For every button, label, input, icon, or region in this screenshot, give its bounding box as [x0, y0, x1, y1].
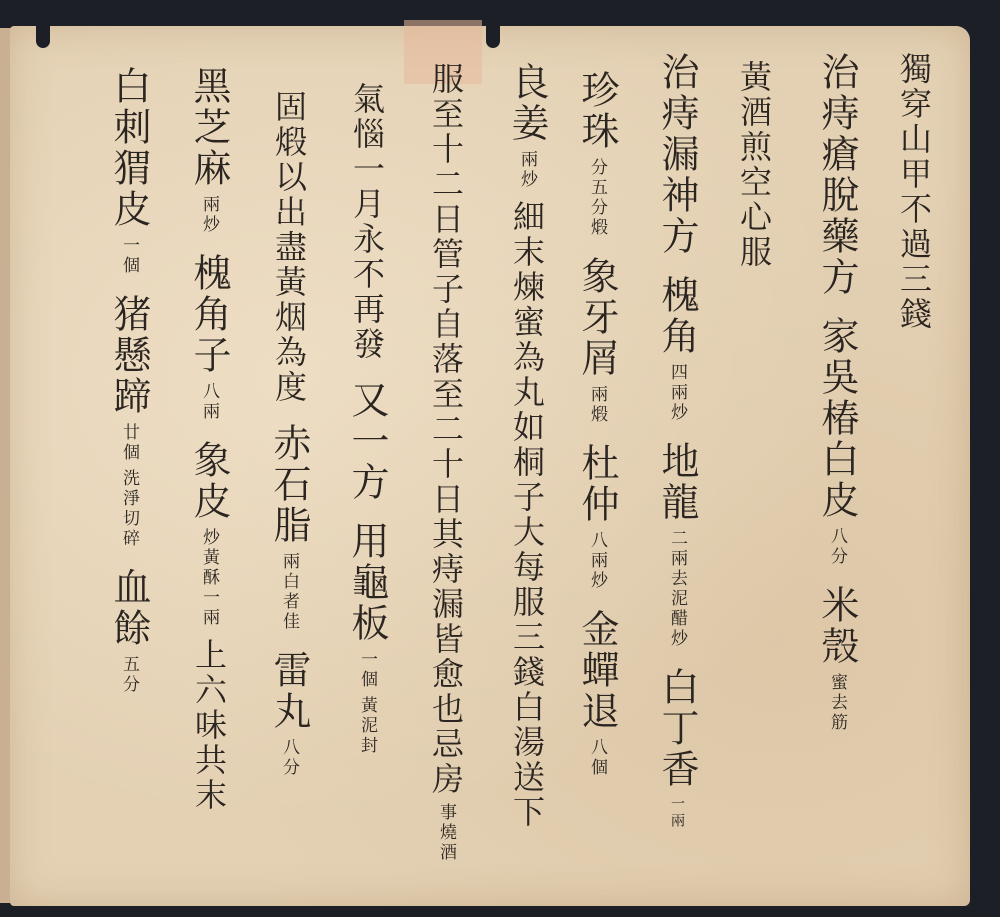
main-text: 白刺猬皮: [110, 66, 148, 230]
main-text: 治痔漏神方: [658, 52, 696, 257]
main-text: 地龍: [658, 441, 696, 523]
manuscript-column: 服至十二日管子自落至二十日其痔漏皆愈也忌房事燒酒: [430, 62, 462, 863]
main-text: 氣惱一月永不再發: [351, 82, 383, 362]
main-text: 良姜: [508, 62, 546, 144]
main-text: 白丁香: [658, 667, 696, 790]
main-text: 米殼: [818, 585, 856, 667]
manuscript-column: 黑芝麻兩炒槐角子八兩象皮炒黃酥一兩上六味共末: [190, 66, 228, 813]
binding-notch: [486, 26, 500, 48]
main-text: 黑芝麻: [190, 66, 228, 189]
manuscript-column: 珍珠分五分煅象牙屑兩煅杜仲八兩炒金蟬退八個: [578, 70, 616, 778]
manuscript-column: 固煅以出盡黃烟為度赤石脂兩白者佳雷丸八分: [270, 90, 308, 778]
annotation-text: 一個: [358, 650, 375, 690]
manuscript-column: 治痔瘡脫藥方家吳椿白皮八分米殼蜜去筋: [818, 52, 856, 733]
main-text: 獨穿山甲不過三錢: [898, 52, 930, 332]
annotation-text: 兩白者佳: [280, 552, 297, 632]
main-text: 固煅以出盡黃烟為度: [273, 90, 305, 405]
manuscript-column: 獨穿山甲不過三錢: [898, 52, 930, 332]
manuscript-column: 治痔漏神方槐角四兩炒地龍二兩去泥醋炒白丁香一兩: [658, 52, 696, 830]
annotation-text: 炒黃酥一兩: [200, 528, 217, 628]
annotation-text: 廿個: [120, 423, 137, 463]
main-text: 猪懸蹄: [110, 294, 148, 417]
main-text: 黃酒煎空心服: [738, 60, 770, 270]
main-text: 杜仲: [578, 443, 616, 525]
binding-notch: [36, 26, 50, 48]
main-text: 又一方: [348, 380, 386, 503]
main-text: 槐角: [658, 275, 696, 357]
annotation-text: 八兩炒: [588, 531, 605, 591]
main-text: 象牙屑: [578, 256, 616, 379]
annotation-text: 八分: [280, 738, 297, 778]
main-text: 金蟬退: [578, 609, 616, 732]
annotation-text: 兩煅: [588, 385, 605, 425]
main-text: 治痔瘡脫藥方: [818, 52, 856, 298]
annotation-text: 事燒酒: [437, 803, 454, 863]
main-text: 珍珠: [578, 70, 616, 152]
main-text: 服至十二日管子自落至二十日其痔漏皆愈也忌房: [430, 62, 462, 797]
manuscript-column: 良姜兩炒細末煉蜜為丸如桐子大每服三錢白湯送下: [508, 62, 546, 830]
annotation-text: 五分: [120, 655, 137, 695]
main-text: 上六味共末: [193, 638, 225, 813]
annotation-text: 蜜去筋: [828, 673, 845, 733]
main-text: 赤石脂: [270, 423, 308, 546]
main-text: 槐角子: [190, 253, 228, 376]
manuscript-column: 氣惱一月永不再發又一方用龜板一個黃泥封: [348, 82, 386, 756]
annotation-text: 一兩: [670, 796, 684, 830]
manuscript-column: 黃酒煎空心服: [738, 60, 770, 270]
annotation-text: 洗淨切碎: [120, 469, 137, 549]
annotation-text: 兩炒: [200, 195, 217, 235]
manuscript-column: 白刺猬皮一個猪懸蹄廿個洗淨切碎血餘五分: [110, 66, 148, 695]
annotation-text: 八兩: [200, 382, 217, 422]
annotation-text: 二兩去泥醋炒: [668, 529, 685, 649]
annotation-text: 分五分煅: [588, 158, 605, 238]
annotation-text: 兩炒: [518, 150, 535, 190]
main-text: 家吳椿白皮: [818, 316, 856, 521]
annotation-text: 八個: [588, 738, 605, 778]
main-text: 細末煉蜜為丸如桐子大每服三錢白湯送下: [511, 200, 543, 830]
annotation-text: 八分: [828, 527, 845, 567]
main-text: 血餘: [110, 567, 148, 649]
main-text: 象皮: [190, 440, 228, 522]
main-text: 用龜板: [348, 521, 386, 644]
annotation-text: 一個: [120, 236, 137, 276]
annotation-text: 黃泥封: [358, 696, 375, 756]
main-text: 雷丸: [270, 650, 308, 732]
annotation-text: 四兩炒: [668, 363, 685, 423]
